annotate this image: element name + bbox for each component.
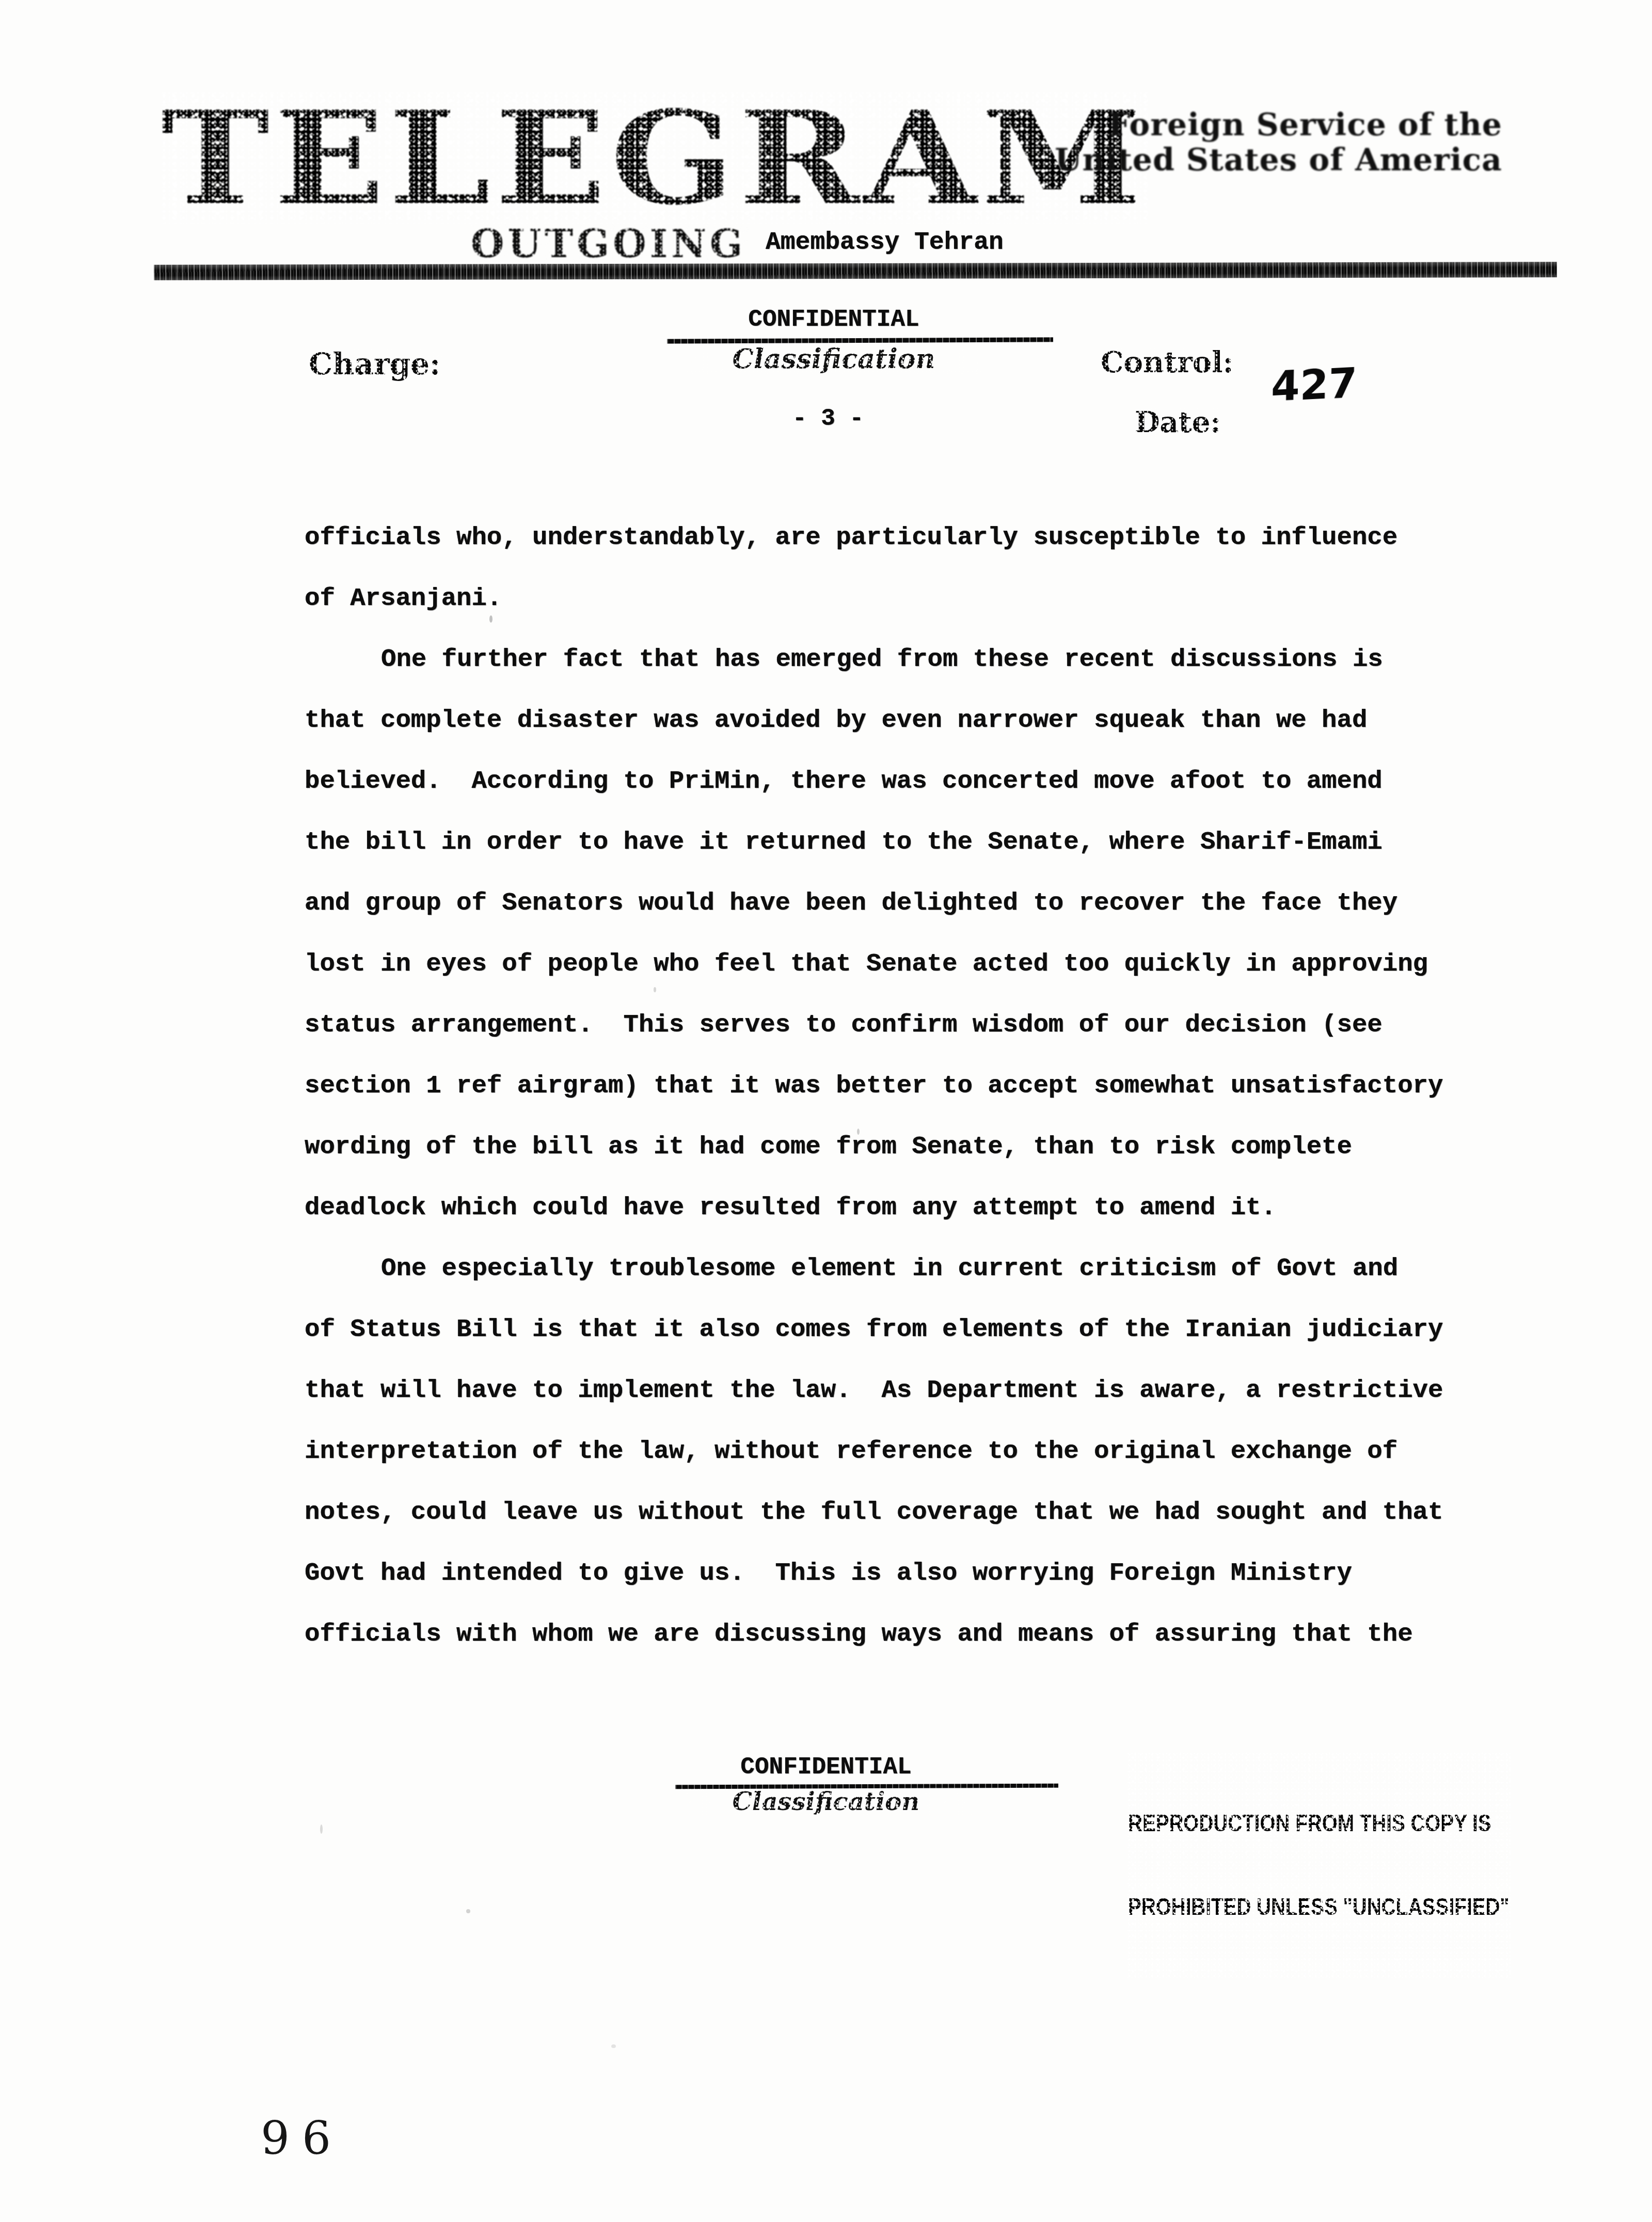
- body-line: interpretation of the law, without refer…: [305, 1421, 1554, 1482]
- body-line: deadlock which could have resulted from …: [305, 1177, 1554, 1238]
- body-line: One especially troublesome element in cu…: [305, 1238, 1554, 1299]
- body-line: that will have to implement the law. As …: [305, 1360, 1554, 1421]
- page-marker: - 3 -: [792, 407, 864, 431]
- body-line: of Status Bill is that it also comes fro…: [305, 1299, 1554, 1360]
- body-line: officials with whom we are discussing wa…: [305, 1604, 1554, 1664]
- charge-label: Charge:: [309, 349, 440, 379]
- body-line: that complete disaster was avoided by ev…: [305, 690, 1554, 751]
- date-label: Date:: [1135, 408, 1221, 437]
- reproduction-stamp-line1: REPRODUCTION FROM THIS COPY IS: [1128, 1809, 1510, 1837]
- foreign-service-line1: Foreign Service of the: [1043, 107, 1502, 142]
- classification-stamp-bottom: CONFIDENTIAL: [681, 1755, 971, 1779]
- scan-speck: [857, 1129, 860, 1135]
- classification-underline-top: [667, 337, 1053, 343]
- originating-office: Amembassy Tehran: [766, 230, 1004, 255]
- body-line: Govt had intended to give us. This is al…: [305, 1543, 1554, 1604]
- classification-caption-top: Classification: [687, 346, 981, 373]
- body-line: section 1 ref airgram) that it was bette…: [305, 1055, 1554, 1116]
- control-label: Control:: [1101, 348, 1233, 377]
- body-line: believed. According to PriMin, there was…: [305, 751, 1554, 812]
- body-line: officials who, understandably, are parti…: [305, 507, 1554, 568]
- body-line: notes, could leave us without the full c…: [305, 1482, 1554, 1543]
- control-number-handwritten: 427: [1270, 362, 1357, 408]
- body-line: lost in eyes of people who feel that Sen…: [305, 933, 1554, 994]
- foreign-service-imprint: Foreign Service of the United States of …: [1043, 107, 1502, 178]
- scan-speck: [654, 987, 656, 992]
- telegram-document-page: TELEGRAM Foreign Service of the United S…: [0, 0, 1652, 2222]
- outgoing-label: OUTGOING: [471, 225, 746, 263]
- scan-speck: [320, 1824, 323, 1834]
- body-line: the bill in order to have it returned to…: [305, 812, 1554, 872]
- scan-speck: [489, 615, 493, 623]
- foreign-service-line2: United States of America: [1043, 142, 1502, 178]
- page-number: 96: [261, 2116, 343, 2161]
- scan-speck: [611, 2044, 616, 2048]
- telegram-body: officials who, understandably, are parti…: [305, 507, 1554, 1664]
- header-divider-rule: [154, 262, 1557, 280]
- body-line: and group of Senators would have been de…: [305, 872, 1554, 933]
- scan-speck: [466, 1909, 470, 1913]
- body-line: One further fact that has emerged from t…: [305, 629, 1554, 690]
- classification-caption-bottom: Classification: [681, 1789, 971, 1814]
- reproduction-stamp-line2: PROHIBITED UNLESS "UNCLASSIFIED": [1128, 1893, 1510, 1921]
- body-line: status arrangement. This serves to confi…: [305, 994, 1554, 1055]
- classification-stamp-top: CONFIDENTIAL: [687, 308, 981, 331]
- reproduction-restriction-stamp: REPRODUCTION FROM THIS COPY IS PROHIBITE…: [1128, 1753, 1510, 1976]
- body-line: wording of the bill as it had come from …: [305, 1116, 1554, 1177]
- telegram-stamp: TELEGRAM: [161, 94, 1146, 222]
